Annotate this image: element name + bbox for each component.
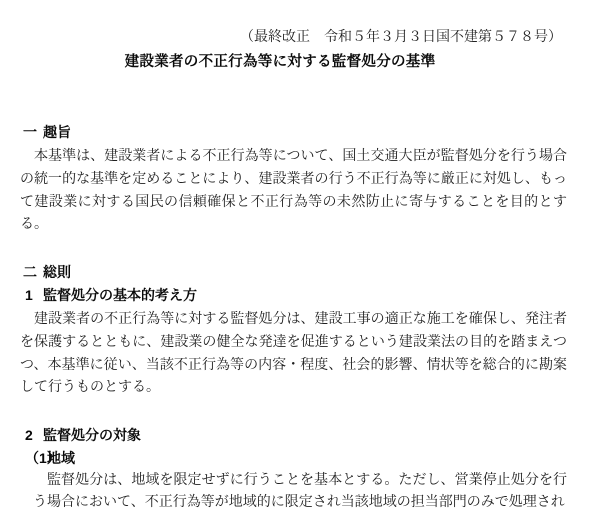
section-1-paragraph: 本基準は、建設業者による不正行為等について、国土交通大臣が監督処分を行う場合の統… xyxy=(20,146,567,237)
subsection-1-title: 監督処分の基本的考え方 xyxy=(43,287,197,303)
subsection-1-heading: 1監督処分の基本的考え方 xyxy=(25,284,567,307)
section-1-title: 趣旨 xyxy=(43,124,71,140)
clause-1-paragraph: 監督処分は、地域を限定せずに行うことを基本とする。ただし、営業停止処分を行う場合… xyxy=(33,470,567,515)
document-page: （最終改正 令和５年３月３日国不建第５７８号） 建設業者の不正行為等に対する監督… xyxy=(0,0,600,517)
section-2-title: 総則 xyxy=(43,264,71,280)
subsection-basic-policy: 1監督処分の基本的考え方 建設業者の不正行為等に対する監督処分は、建設工事の適正… xyxy=(20,284,567,401)
clause-1-heading: （1）地域 xyxy=(25,447,567,470)
section-sosoku: 二総則 1監督処分の基本的考え方 建設業者の不正行為等に対する監督処分は、建設工… xyxy=(20,261,567,515)
clause-1-number: （1） xyxy=(25,447,47,470)
clause-1-title: 地域 xyxy=(47,450,75,466)
subsection-2-number: 2 xyxy=(25,424,43,447)
section-2-heading: 二総則 xyxy=(23,261,567,284)
subsection-1-paragraph: 建設業者の不正行為等に対する監督処分は、建設工事の適正な施工を確保し、発注者を保… xyxy=(20,309,567,400)
revision-note: （最終改正 令和５年３月３日国不建第５７８号） xyxy=(20,27,562,50)
section-2-number: 二 xyxy=(23,261,43,284)
section-shushi: 一趣旨 本基準は、建設業者による不正行為等について、国土交通大臣が監督処分を行う… xyxy=(20,121,567,237)
subsection-2-heading: 2監督処分の対象 xyxy=(25,424,567,447)
section-1-number: 一 xyxy=(23,121,43,144)
document-title: 建設業者の不正行為等に対する監督処分の基準 xyxy=(20,51,540,74)
subsection-2-title: 監督処分の対象 xyxy=(43,427,141,443)
subsection-1-number: 1 xyxy=(25,284,43,307)
section-1-heading: 一趣旨 xyxy=(23,121,567,144)
subsection-target: 2監督処分の対象 （1）地域 監督処分は、地域を限定せずに行うことを基本とする。… xyxy=(20,424,567,515)
clause-region: （1）地域 監督処分は、地域を限定せずに行うことを基本とする。ただし、営業停止処… xyxy=(20,447,567,515)
